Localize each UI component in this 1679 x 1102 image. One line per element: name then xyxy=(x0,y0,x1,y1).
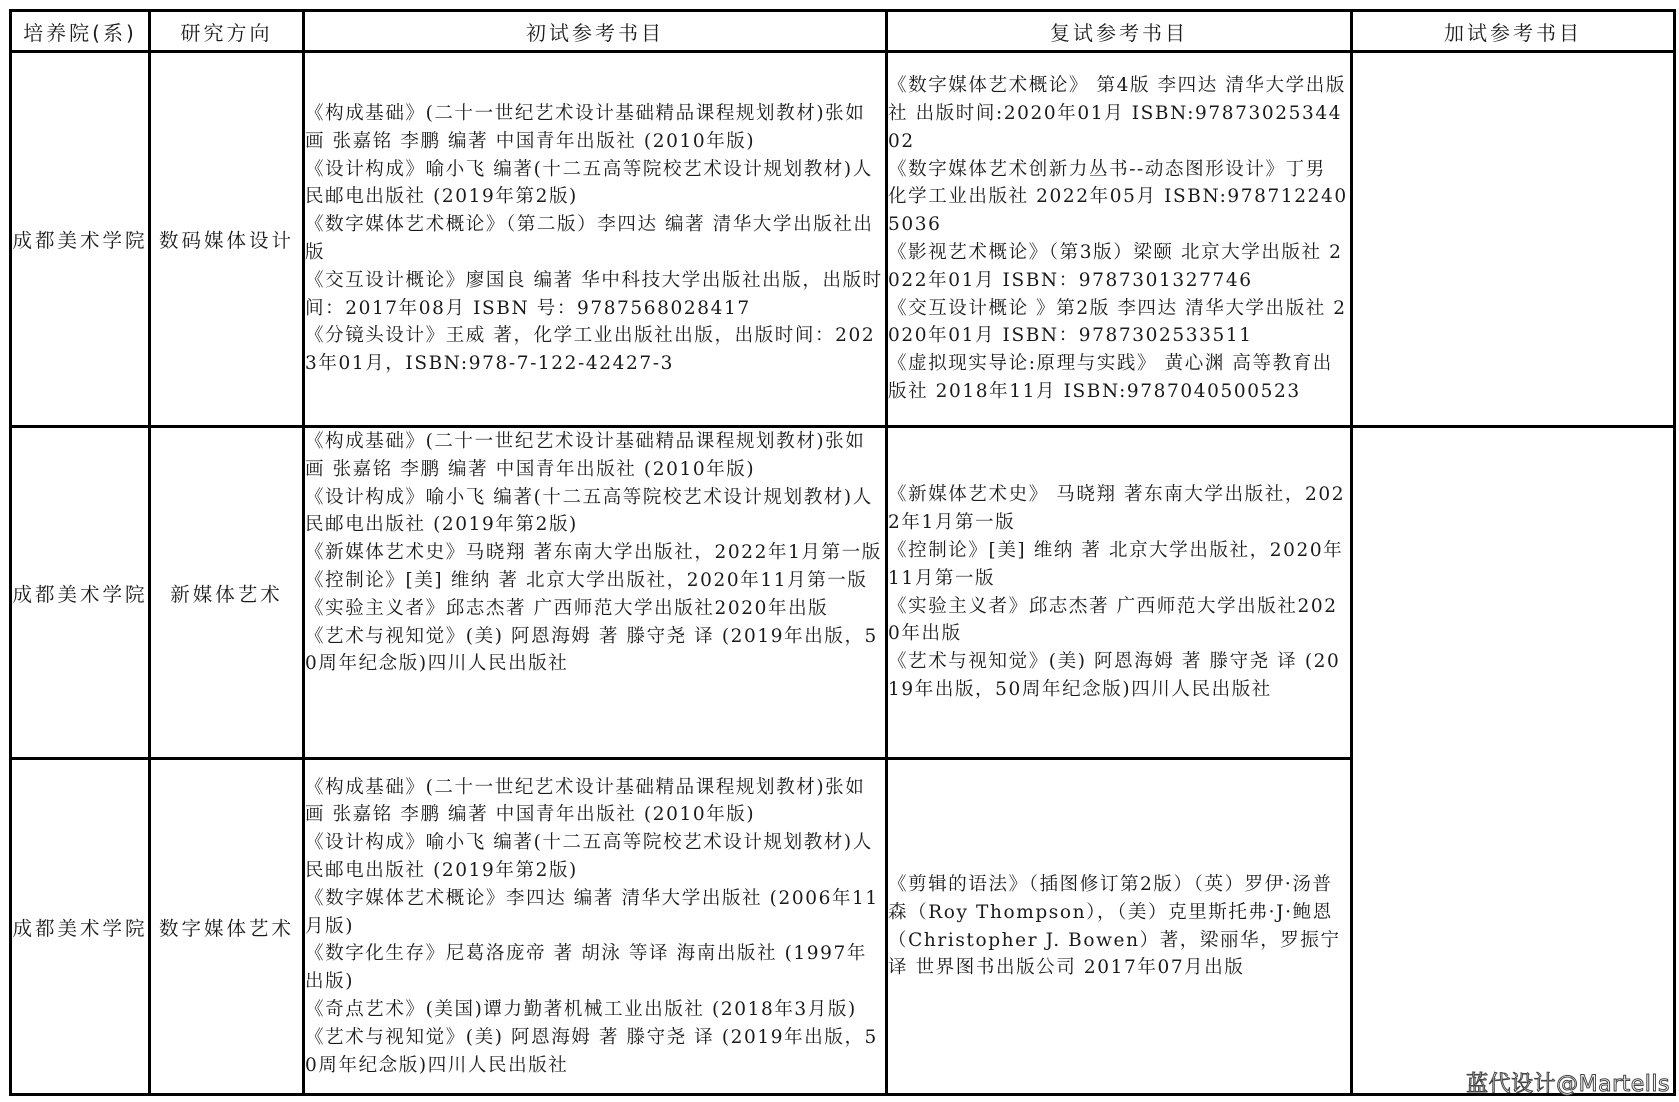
book-entry: 《设计构成》喻小飞 编著(十二五高等院校艺术设计规划教材)人民邮电出版社 (20… xyxy=(305,484,885,540)
book-entry: 《艺术与视知觉》(美) 阿恩海姆 著 滕守尧 译 (2019年出版，50周年纪念… xyxy=(305,1024,885,1080)
reference-books-table: 培养院(系) 研究方向 初试参考书目 复试参考书目 加试参考书目 成都美术学院 … xyxy=(9,9,1676,1096)
watermark: 蓝代设计@Martells xyxy=(1466,1067,1670,1098)
book-entry: 《剪辑的语法》（插图修订第2版）（英）罗伊·汤普森（Roy Thompson），… xyxy=(888,871,1350,982)
book-entry: 《设计构成》喻小飞 编著(十二五高等院校艺术设计规划教材)人民邮电出版社 (20… xyxy=(305,829,885,885)
table-row: 成都美术学院 新媒体艺术 《构成基础》(二十一世纪艺术设计基础精品课程规划教材)… xyxy=(11,427,1675,759)
retest-books-cell: 《数字媒体艺术概论》 第4版 李四达 清华大学出版社 出版时间:2020年01月… xyxy=(887,52,1352,427)
header-direction: 研究方向 xyxy=(150,11,304,52)
header-retest-books: 复试参考书目 xyxy=(887,11,1352,52)
book-entry: 《虚拟现实导论:原理与实践》 黄心渊 高等教育出版社 2018年11月 ISBN… xyxy=(888,350,1350,406)
book-entry: 《设计构成》喻小飞 编著(十二五高等院校艺术设计规划教材)人民邮电出版社 (20… xyxy=(305,156,885,212)
extra-books-cell xyxy=(1352,52,1675,427)
book-entry: 《分镜头设计》王威 著，化学工业出版社出版，出版时间：2023年01月，ISBN… xyxy=(305,322,885,378)
direction-cell: 新媒体艺术 xyxy=(150,427,304,759)
book-entry: 《数字媒体艺术概论》 第4版 李四达 清华大学出版社 出版时间:2020年01月… xyxy=(888,72,1350,155)
book-entry: 《数字媒体艺术概论》（第二版）李四达 编著 清华大学出版社出版 xyxy=(305,211,885,267)
book-entry: 《奇点艺术》(美国)谭力勤著机械工业出版社 (2018年3月版) xyxy=(305,996,885,1024)
book-entry: 《控制论》[美] 维纳 著 北京大学出版社，2020年11月第一版 xyxy=(305,567,885,595)
direction-cell: 数字媒体艺术 xyxy=(150,759,304,1095)
header-extra-books: 加试参考书目 xyxy=(1352,11,1675,52)
book-entry: 《控制论》[美] 维纳 著 北京大学出版社，2020年11月第一版 xyxy=(888,537,1350,593)
book-entry: 《影视艺术概论》（第3版）梁颐 北京大学出版社 2022年01月 ISBN：97… xyxy=(888,239,1350,295)
book-entry: 《实验主义者》邱志杰著 广西师范大学出版社2020年出版 xyxy=(888,593,1350,649)
book-entry: 《构成基础》(二十一世纪艺术设计基础精品课程规划教材)张如画 张嘉铭 李鹏 编著… xyxy=(305,100,885,156)
initial-books-cell: 《构成基础》(二十一世纪艺术设计基础精品课程规划教材)张如画 张嘉铭 李鹏 编著… xyxy=(304,52,887,427)
retest-books-cell: 《剪辑的语法》（插图修订第2版）（英）罗伊·汤普森（Roy Thompson），… xyxy=(887,759,1352,1095)
book-entry: 《新媒体艺术史》 马晓翔 著东南大学出版社，2022年1月第一版 xyxy=(888,481,1350,537)
book-entry: 《艺术与视知觉》(美) 阿恩海姆 著 滕守尧 译 (2019年出版，50周年纪念… xyxy=(305,623,885,679)
book-entry: 《数字媒体艺术概论》李四达 编著 清华大学出版社 (2006年11月版) xyxy=(305,885,885,941)
header-initial-books: 初试参考书目 xyxy=(304,11,887,52)
book-entry: 《新媒体艺术史》马晓翔 著东南大学出版社，2022年1月第一版 xyxy=(305,539,885,567)
book-entry: 《艺术与视知觉》(美) 阿恩海姆 著 滕守尧 译 (2019年出版，50周年纪念… xyxy=(888,648,1350,704)
direction-cell: 数码媒体设计 xyxy=(150,52,304,427)
table-row: 成都美术学院 数码媒体设计 《构成基础》(二十一世纪艺术设计基础精品课程规划教材… xyxy=(11,52,1675,427)
retest-books-cell: 《新媒体艺术史》 马晓翔 著东南大学出版社，2022年1月第一版 《控制论》[美… xyxy=(887,427,1352,759)
college-cell: 成都美术学院 xyxy=(11,759,150,1095)
book-entry: 《数字媒体艺术创新力丛书--动态图形设计》丁男 化学工业出版社 2022年05月… xyxy=(888,156,1350,239)
initial-books-cell: 《构成基础》(二十一世纪艺术设计基础精品课程规划教材)张如画 张嘉铭 李鹏 编著… xyxy=(304,427,887,759)
book-entry: 《实验主义者》邱志杰著 广西师范大学出版社2020年出版 xyxy=(305,595,885,623)
book-entry: 《交互设计概论 》第2版 李四达 清华大学出版社 2020年01月 ISBN：9… xyxy=(888,295,1350,351)
college-cell: 成都美术学院 xyxy=(11,427,150,759)
book-entry: 《数字化生存》尼葛洛庞帝 著 胡泳 等译 海南出版社 (1997年出版) xyxy=(305,940,885,996)
book-entry: 《构成基础》(二十一世纪艺术设计基础精品课程规划教材)张如画 张嘉铭 李鹏 编著… xyxy=(305,774,885,830)
table-header-row: 培养院(系) 研究方向 初试参考书目 复试参考书目 加试参考书目 xyxy=(11,11,1675,52)
initial-books-cell: 《构成基础》(二十一世纪艺术设计基础精品课程规划教材)张如画 张嘉铭 李鹏 编著… xyxy=(304,759,887,1095)
book-entry: 《交互设计概论》廖国良 编著 华中科技大学出版社出版，出版时间：2017年08月… xyxy=(305,267,885,323)
header-college: 培养院(系) xyxy=(11,11,150,52)
extra-books-cell xyxy=(1352,427,1675,1095)
book-entry: 《构成基础》(二十一世纪艺术设计基础精品课程规划教材)张如画 张嘉铭 李鹏 编著… xyxy=(305,428,885,484)
college-cell: 成都美术学院 xyxy=(11,52,150,427)
